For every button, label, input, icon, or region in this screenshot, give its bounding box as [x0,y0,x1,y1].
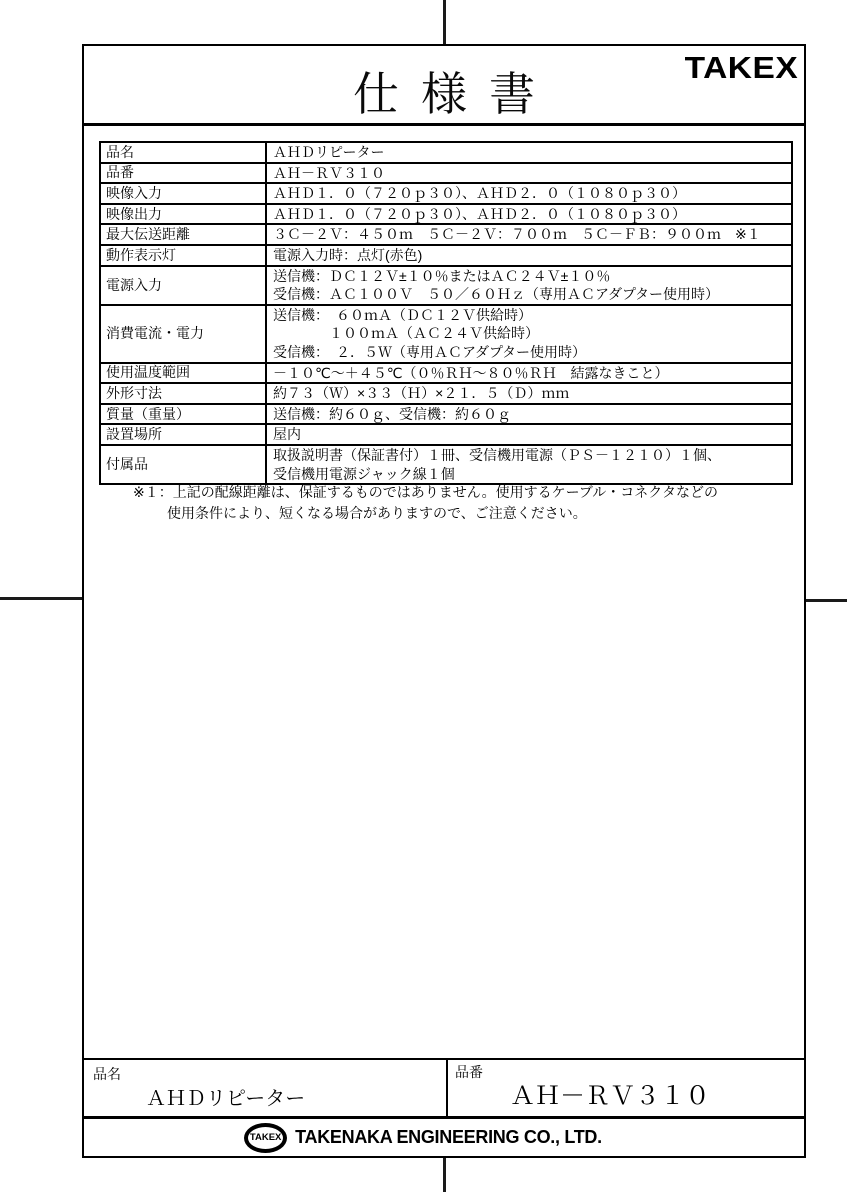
row-label: 使用温度範囲 [101,364,267,383]
row-value-line: 受信機：ＡＣ１００Ｖ ５０／６０Ｈｚ（専用ＡＣアダプター使用時） [273,285,791,304]
footnote-line-2: 使用条件により、短くなる場合がありますので、ご注意ください。 [133,503,718,524]
document-header: 仕様書 TAKEX [82,44,806,126]
row-value-line: 取扱説明書（保証書付）１冊、受信機用電源（ＰＳ－１２１０）１個、 [273,446,791,465]
footnote: ※１：上記の配線距離は、保証するものではありません。使用するケーブル・コネクタな… [133,482,718,524]
row-value: ＡＨＤリピーター [267,143,791,162]
spec-table: 品名 ＡＨＤリピーター 品番 ＡＨ－ＲＶ３１０ 映像入力 ＡＨＤ１．０（７２０ｐ… [99,141,793,485]
table-row-product-name: 品名 ＡＨＤリピーター [101,143,791,162]
company-name: TAKENAKA ENGINEERING CO., LTD. [295,1127,602,1148]
row-value: －１０℃～＋４５℃（０％ＲＨ～８０％ＲＨ 結露なきこと） [267,364,791,383]
row-label: 映像出力 [101,205,267,224]
row-label: 外形寸法 [101,384,267,403]
table-row-power-input: 電源入力 送信機：ＤＣ１２Ｖ±１０％またはＡＣ２４Ｖ±１０％ 受信機：ＡＣ１００… [101,265,791,304]
crop-mark-right [806,599,847,602]
table-row-max-distance: 最大伝送距離 ３Ｃ－２Ｖ：４５０ｍ ５Ｃ－２Ｖ：７００ｍ ５Ｃ－ＦＢ：９００ｍ … [101,223,791,244]
row-value-line: ３Ｃ－２Ｖ：４５０ｍ ５Ｃ－２Ｖ：７００ｍ ５Ｃ－ＦＢ：９００ｍ ※１ [273,225,791,244]
row-label: 品名 [101,143,267,162]
nameplate-divider [446,1058,448,1118]
row-value-line: ＡＨ－ＲＶ３１０ [273,164,791,183]
row-value-line: ＡＨＤ１．０（７２０ｐ３０）、ＡＨＤ２．０（１０８０ｐ３０） [273,184,791,203]
row-value-line: 受信機用電源ジャック線１個 [273,465,791,484]
row-label: 消費電流・電力 [101,306,267,362]
row-value-line: －１０℃～＋４５℃（０％ＲＨ～８０％ＲＨ 結露なきこと） [273,364,791,383]
table-row-product-number: 品番 ＡＨ－ＲＶ３１０ [101,162,791,183]
nameplate-name-label: 品名 [93,1064,121,1084]
row-value: ３Ｃ－２Ｖ：４５０ｍ ５Ｃ－２Ｖ：７００ｍ ５Ｃ－ＦＢ：９００ｍ ※１ [267,225,791,244]
row-value-line: ＡＨＤリピーター [273,143,791,162]
row-label: 質量（重量） [101,405,267,424]
table-row-dimensions: 外形寸法 約７３（Ｗ）×３３（Ｈ）×２１．５（Ｄ）ｍｍ [101,382,791,403]
crop-mark-bottom [443,1158,446,1192]
table-row-power-consumption: 消費電流・電力 送信機： ６０ｍＡ（ＤＣ１２Ｖ供給時） １００ｍＡ（ＡＣ２４Ｖ供… [101,304,791,362]
row-value-line: １００ｍＡ（ＡＣ２４Ｖ供給時） [273,324,791,343]
row-value-line: 送信機：約６０ｇ、受信機：約６０ｇ [273,405,791,424]
table-row-video-input: 映像入力 ＡＨＤ１．０（７２０ｐ３０）、ＡＨＤ２．０（１０８０ｐ３０） [101,182,791,203]
row-value: 屋内 [267,425,791,444]
row-value-line: 電源入力時：点灯(赤色) [273,246,791,265]
row-value: 送信機： ６０ｍＡ（ＤＣ１２Ｖ供給時） １００ｍＡ（ＡＣ２４Ｖ供給時） 受信機：… [267,306,791,362]
row-value: 約７３（Ｗ）×３３（Ｈ）×２１．５（Ｄ）ｍｍ [267,384,791,403]
crop-mark-left [0,597,82,600]
row-value-line: 屋内 [273,425,791,444]
nameplate-top-border [82,1058,806,1060]
table-row-installation-site: 設置場所 屋内 [101,423,791,444]
company-footer-bar: TAKEX TAKENAKA ENGINEERING CO., LTD. [82,1119,806,1156]
nameplate-number-value: ＡＨ－ＲＶ３１０ [510,1076,710,1112]
table-row-indicator-lamp: 動作表示灯 電源入力時：点灯(赤色) [101,244,791,265]
row-value: 送信機：約６０ｇ、受信機：約６０ｇ [267,405,791,424]
row-value-line: 送信機：ＤＣ１２Ｖ±１０％またはＡＣ２４Ｖ±１０％ [273,267,791,286]
table-row-weight: 質量（重量） 送信機：約６０ｇ、受信機：約６０ｇ [101,403,791,424]
row-label: 動作表示灯 [101,246,267,265]
table-row-video-output: 映像出力 ＡＨＤ１．０（７２０ｐ３０）、ＡＨＤ２．０（１０８０ｐ３０） [101,203,791,224]
row-value: ＡＨＤ１．０（７２０ｐ３０）、ＡＨＤ２．０（１０８０ｐ３０） [267,205,791,224]
row-value-line: 送信機： ６０ｍＡ（ＤＣ１２Ｖ供給時） [273,306,791,325]
row-label: 付属品 [101,446,267,483]
row-value-line: 約７３（Ｗ）×３３（Ｈ）×２１．５（Ｄ）ｍｍ [273,384,791,403]
row-value-line: 受信機： ２．５Ｗ（専用ＡＣアダプター使用時） [273,343,791,362]
table-row-temperature-range: 使用温度範囲 －１０℃～＋４５℃（０％ＲＨ～８０％ＲＨ 結露なきこと） [101,362,791,383]
footnote-line-1: ※１：上記の配線距離は、保証するものではありません。使用するケーブル・コネクタな… [133,482,718,503]
row-value-line: ＡＨＤ１．０（７２０ｐ３０）、ＡＨＤ２．０（１０８０ｐ３０） [273,205,791,224]
row-value: 取扱説明書（保証書付）１冊、受信機用電源（ＰＳ－１２１０）１個、 受信機用電源ジ… [267,446,791,483]
nameplate-number-label: 品番 [455,1062,483,1082]
row-label: 最大伝送距離 [101,225,267,244]
nameplate-name-value: ＡＨＤリピーター [146,1082,305,1111]
row-label: 品番 [101,164,267,183]
takex-seal-text: TAKEX [250,1132,282,1143]
row-label: 電源入力 [101,267,267,304]
row-label: 設置場所 [101,425,267,444]
row-value: 送信機：ＤＣ１２Ｖ±１０％またはＡＣ２４Ｖ±１０％ 受信機：ＡＣ１００Ｖ ５０／… [267,267,791,304]
takex-logo: TAKEX [684,50,798,86]
row-value: 電源入力時：点灯(赤色) [267,246,791,265]
crop-mark-top [443,0,446,44]
row-value: ＡＨＤ１．０（７２０ｐ３０）、ＡＨＤ２．０（１０８０ｐ３０） [267,184,791,203]
row-value: ＡＨ－ＲＶ３１０ [267,164,791,183]
takex-seal-icon: TAKEX [244,1123,287,1153]
table-row-accessories: 付属品 取扱説明書（保証書付）１冊、受信機用電源（ＰＳ－１２１０）１個、 受信機… [101,444,791,483]
row-label: 映像入力 [101,184,267,203]
